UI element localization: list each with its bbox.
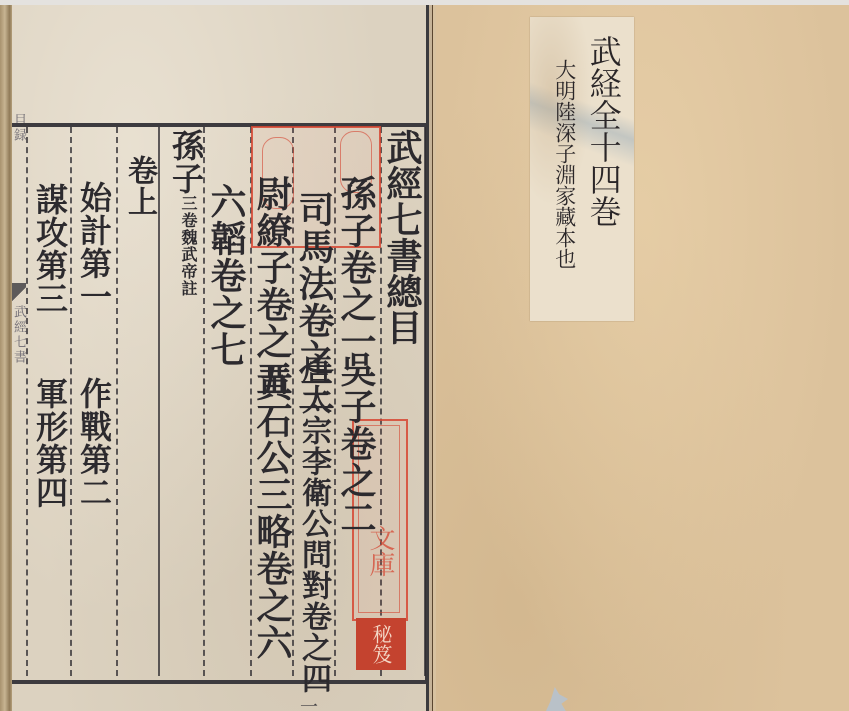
column-rule xyxy=(70,127,72,676)
label-title: 武経全十四巻 xyxy=(586,35,620,227)
right-page-cover: 武経全十四巻 大明陸深子淵家藏本也 xyxy=(436,5,849,711)
label-subtitle: 大明陸深子淵家藏本也 xyxy=(552,59,577,269)
chapter-3: 謀攻第三 xyxy=(34,183,66,315)
paper-tear xyxy=(546,687,568,711)
title-label-slip: 武経全十四巻 大明陸深子淵家藏本也 xyxy=(530,17,634,321)
chapter-1: 始計第一 xyxy=(78,181,110,313)
chapter-2: 作戰第二 xyxy=(78,377,110,509)
page-gutter xyxy=(426,5,436,711)
section-heading-sunzi: 孫子 xyxy=(170,129,202,195)
column-rule xyxy=(116,127,118,676)
fold-mark: 一 xyxy=(300,693,318,711)
red-square-seal: 秘笈 xyxy=(356,618,406,670)
toc-entry-tang-taizong: 唐太宗李衛公問對卷之四 xyxy=(298,353,328,694)
toc-entry-huangshigong: 黄石公三略卷之六 xyxy=(254,365,290,661)
chapter-4: 軍形第四 xyxy=(34,377,66,509)
toc-entry-wuzi: 吳子卷之二 xyxy=(338,351,374,536)
left-page-contents: 目録 武經七書 文庫 秘笈 武經七書總目 孫子卷之一 司馬法卷之三 尉繚子卷之五… xyxy=(0,5,432,711)
column-rule xyxy=(158,127,160,676)
section-note-commentary: 三卷魏武帝註 xyxy=(180,195,196,297)
toc-entry-sunzi: 孫子卷之一 xyxy=(338,175,374,360)
book-scan: 目録 武經七書 文庫 秘笈 武經七書總目 孫子卷之一 司馬法卷之三 尉繚子卷之五… xyxy=(0,5,849,711)
column-rule xyxy=(26,127,28,676)
toc-entry-weiliaozi: 尉繚子卷之五 xyxy=(254,175,290,397)
toc-entry-liutao: 六韜卷之七 xyxy=(208,183,244,368)
page-title: 武經七書總目 xyxy=(384,129,420,345)
volume-label: 卷上 xyxy=(124,155,154,217)
